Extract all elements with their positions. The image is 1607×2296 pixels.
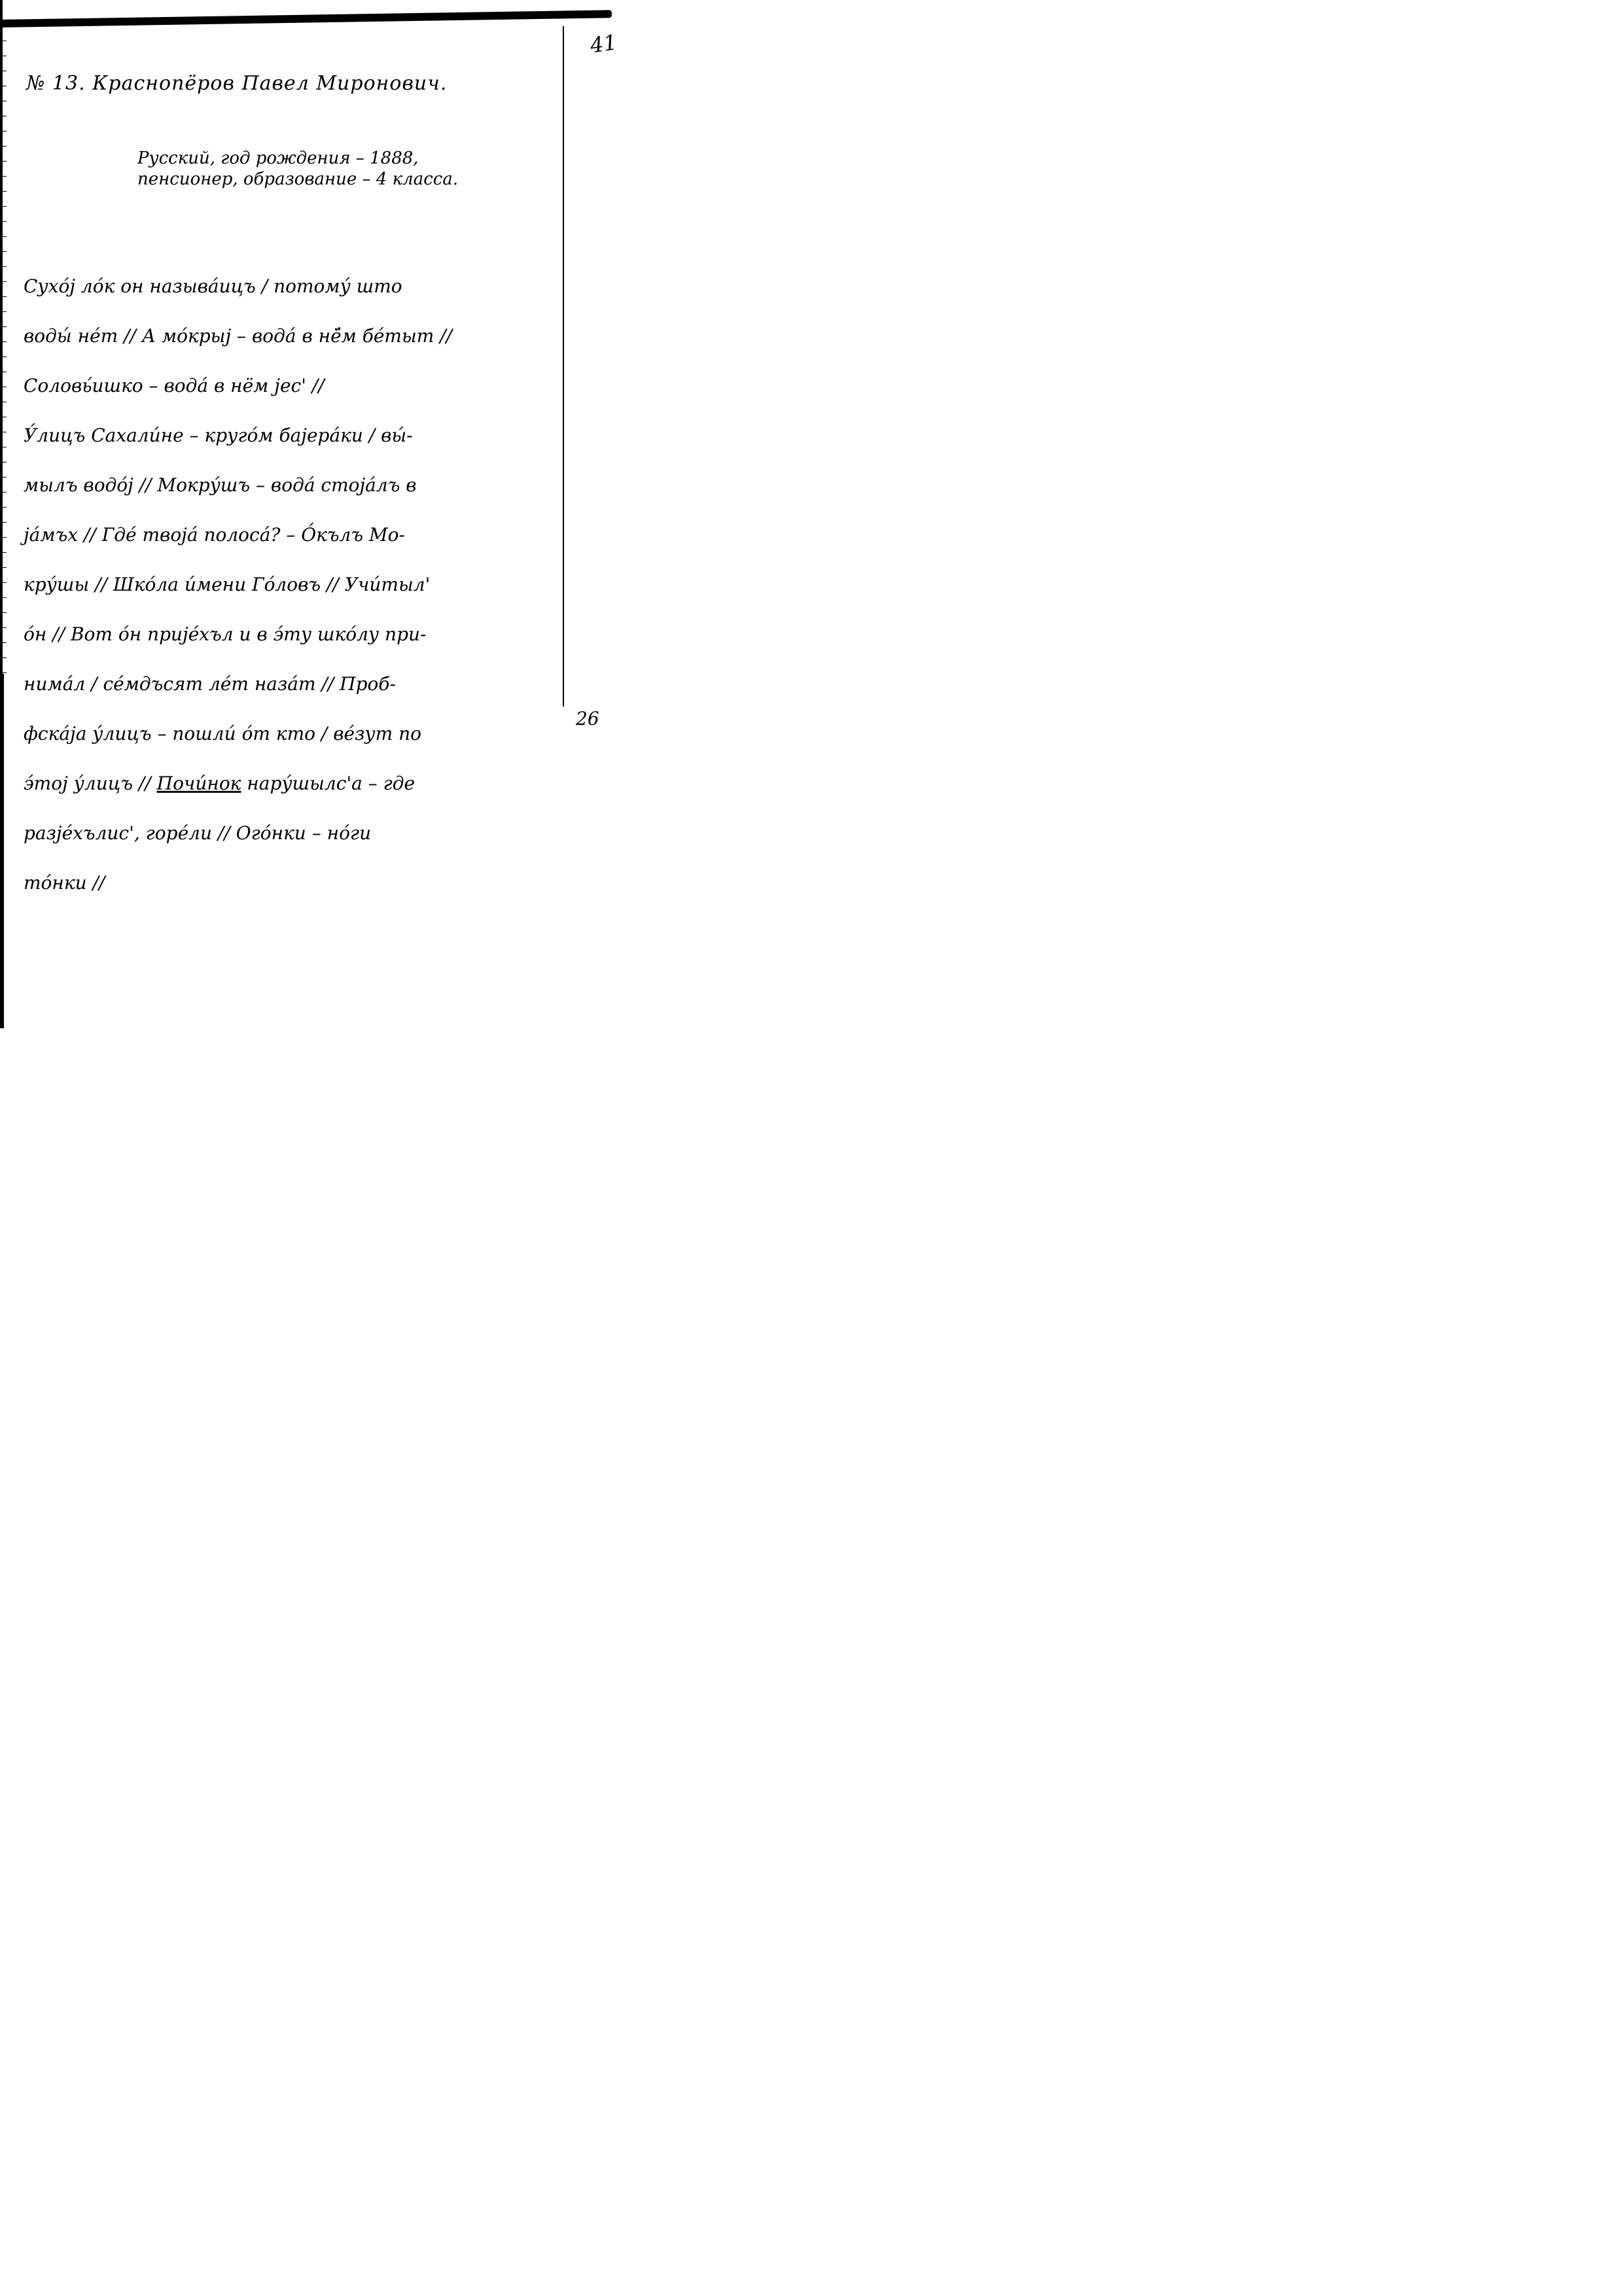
page-number: 26 (576, 708, 599, 729)
transcript-line: кру́шы // Шко́ла и́мени Го́ловъ // Учи́т… (24, 560, 560, 610)
transcript-line: jа́мъх // Где́ твоjа́ полоса́? – О́кълъ … (24, 510, 560, 560)
top-border-rule (0, 10, 612, 27)
folio-number: 41 (589, 29, 619, 58)
transcript-line: Сухо́j ло́к он называ́ицъ / потому́ што (24, 262, 560, 311)
transcript-line: мылъ водо́j // Мокру́шъ – вода́ стоjа́лъ… (24, 461, 560, 510)
transcript-line: э́тоj у́лицъ // Почи́нок нару́шылс'а – г… (24, 759, 560, 809)
transcript-line: то́нки // (24, 858, 560, 908)
right-margin-rule (563, 26, 564, 706)
entry-title: № 13. Краснопёров Павел Миронович. (26, 72, 447, 95)
transcript-line: нима́л / се́мдъсят ле́т наза́т // Проб- (24, 659, 560, 709)
transcript-line: о́н // Вот о́н приjе́хъл и в э́ту шко́лу… (24, 610, 560, 659)
transcript-line: Соловь́ишко – вода́ в нём jес' // (24, 361, 560, 411)
left-binding-ticks (0, 26, 7, 680)
underlined-word: Почи́нок (157, 773, 241, 794)
transcript-body: Сухо́j ло́к он называ́ицъ / потому́ што … (24, 262, 560, 908)
transcript-line: разjе́хълис', горе́ли // Ого́нки – но́ги (24, 809, 560, 858)
meta-line: Русский, год рождения – 1888, (137, 148, 458, 169)
informant-meta: Русский, год рождения – 1888, пенсионер,… (137, 148, 458, 190)
transcript-line: У́лицъ Сахали́не – круго́м баjера́ки / в… (24, 411, 560, 461)
transcript-line: фска́jа у́лицъ – пошли́ о́т кто / ве́зут… (24, 709, 560, 759)
transcript-line: воды́ не́т // А мо́крыj – вода́ в нё́м б… (24, 311, 560, 361)
left-page-border-lower (0, 674, 4, 1028)
meta-line: пенсионер, образование – 4 класса. (137, 169, 458, 190)
